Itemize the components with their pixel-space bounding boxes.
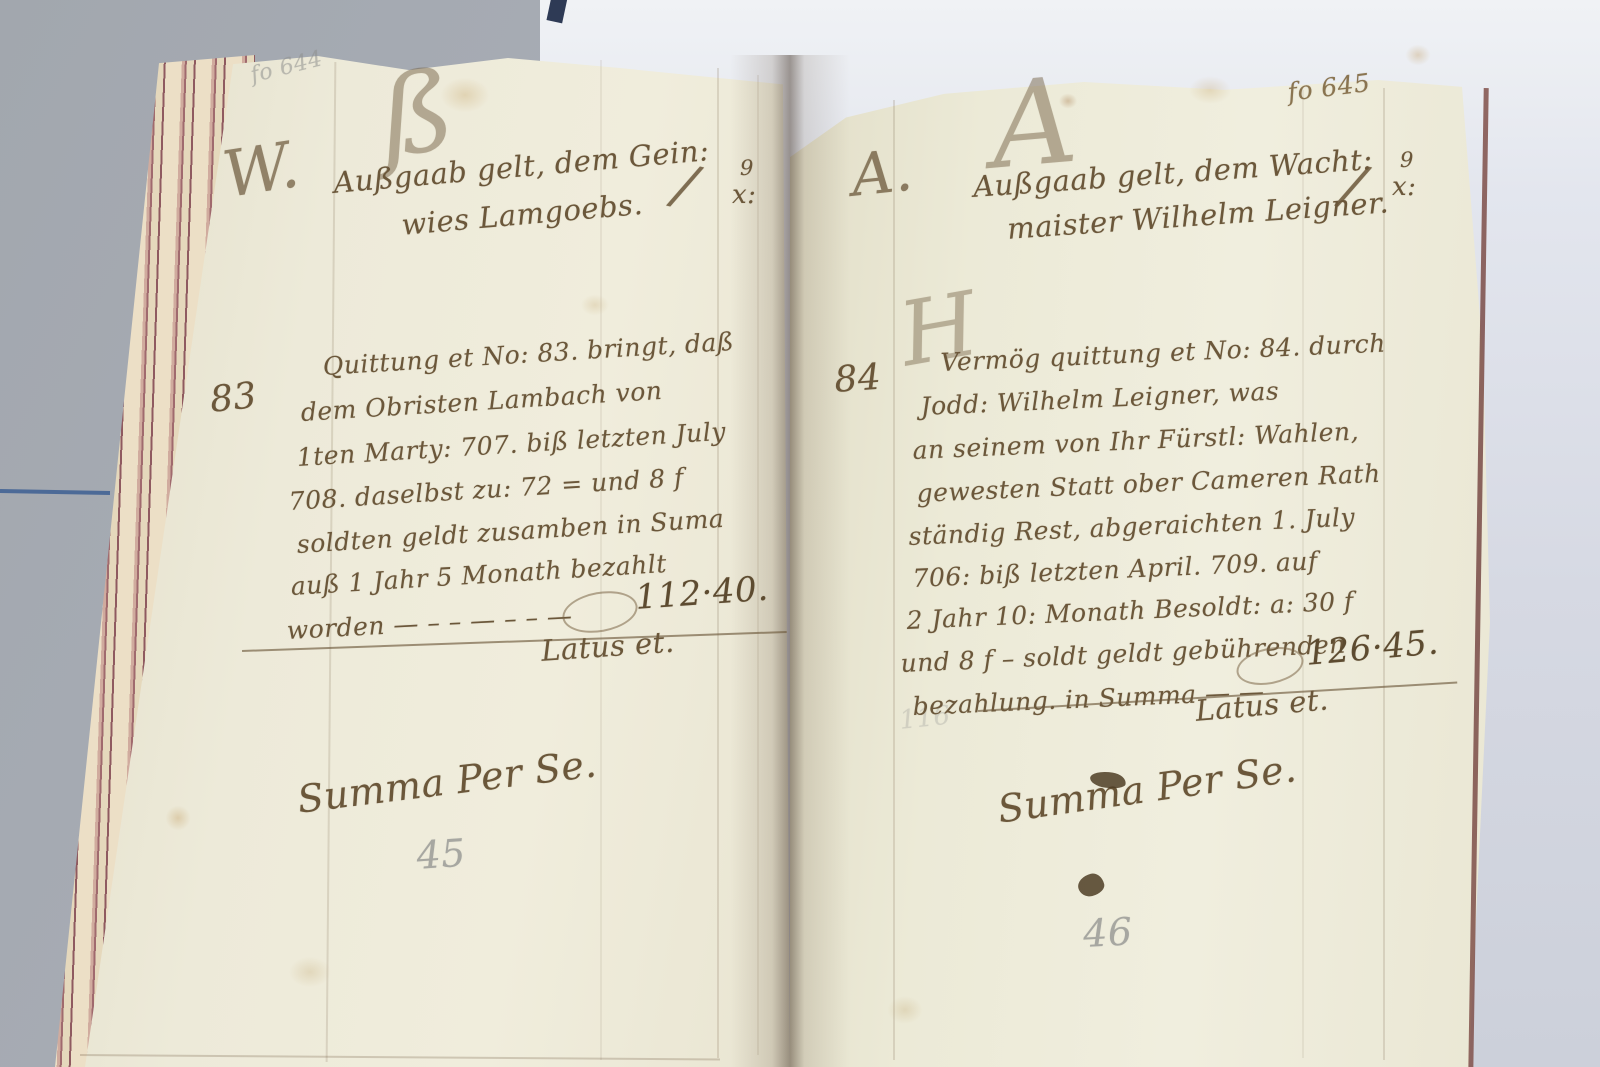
- photo-of-open-ledger: fo 644 W. ß Außgaab gelt, dem Gein: wies…: [0, 0, 1600, 1067]
- left-monogram: W.: [218, 128, 305, 213]
- left-kreuzer-sup: 9: [740, 156, 754, 180]
- right-page-number: 46: [1082, 909, 1134, 956]
- left-page-number: 45: [415, 831, 467, 878]
- left-entry-number: 83: [208, 375, 259, 421]
- ruling-left-money1: [717, 68, 719, 1058]
- left-kreuzer-mark: x:: [732, 180, 756, 210]
- right-entry-number: 84: [833, 357, 883, 401]
- ruling-right-money: [1383, 88, 1385, 1060]
- right-monogram: A.: [848, 136, 916, 210]
- right-kreuzer-mark: x:: [1392, 172, 1416, 202]
- ruling-right-margin: [893, 100, 895, 1060]
- right-kreuzer-sup: 9: [1400, 148, 1414, 172]
- ruling-left-money2: [757, 75, 759, 1055]
- blue-mat-line: [0, 489, 110, 495]
